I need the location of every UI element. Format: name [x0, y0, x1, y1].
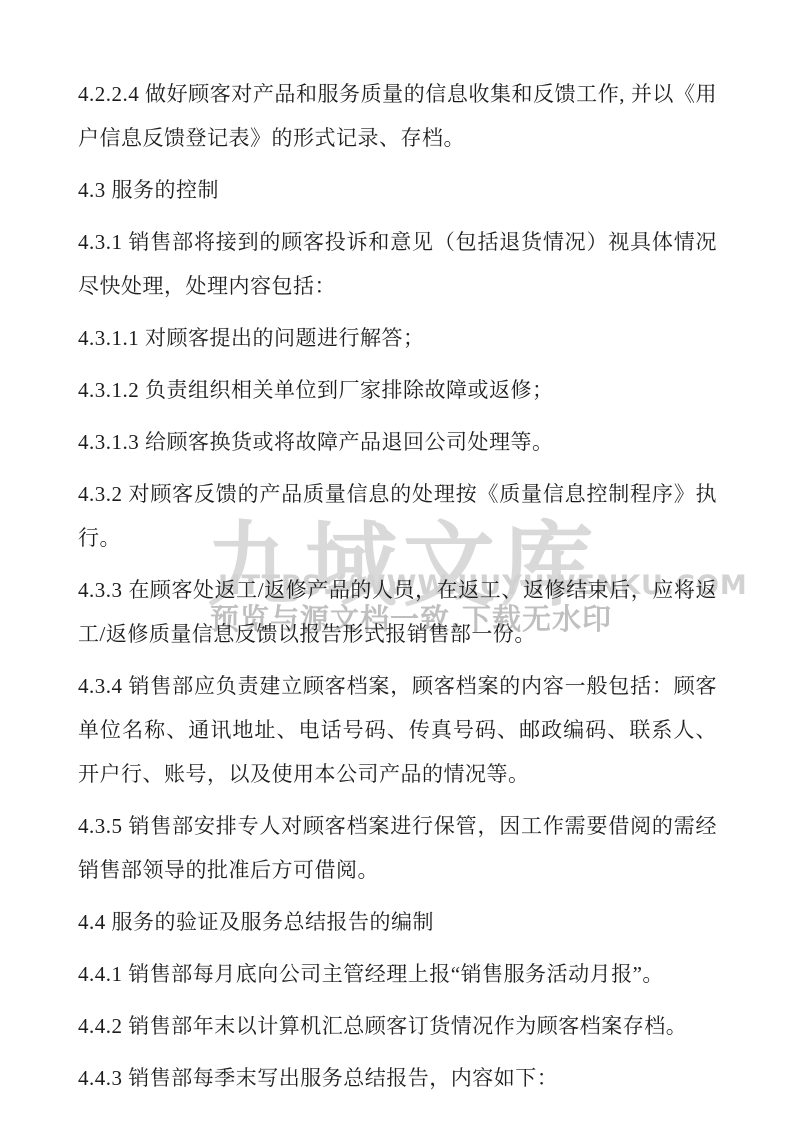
clause-4-3-1-2: 4.3.1.2 负责组织相关单位到厂家排除故障或返修；	[78, 368, 717, 412]
clause-4-3-1-1: 4.3.1.1 对顾客提出的问题进行解答；	[78, 316, 717, 360]
heading-4-3: 4.3 服务的控制	[78, 168, 717, 212]
clause-4-3-1: 4.3.1 销售部将接到的顾客投诉和意见（包括退货情况）视具体情况尽快处理，处理…	[78, 220, 717, 308]
clause-4-4-2: 4.4.2 销售部年末以计算机汇总顾客订货情况作为顾客档案存档。	[78, 1004, 717, 1048]
clause-4-3-5: 4.3.5 销售部安排专人对顾客档案进行保管，因工作需要借阅的需经销售部领导的批…	[78, 804, 717, 892]
document-body: 4.2.2.4 做好顾客对产品和服务质量的信息收集和反馈工作, 并以《用户信息反…	[0, 0, 793, 1100]
clause-4-4-3: 4.4.3 销售部每季末写出服务总结报告，内容如下：	[78, 1056, 717, 1100]
document-page: 九域文库 HTTPS://WWW.JIUYUWENKU.COM 预览与源文档一致…	[0, 0, 793, 1122]
clause-4-3-3: 4.3.3 在顾客处返工/返修产品的人员，在返工、返修结束后，应将返工/返修质量…	[78, 568, 717, 656]
clause-4-3-1-3: 4.3.1.3 给顾客换货或将故障产品退回公司处理等。	[78, 420, 717, 464]
clause-4-4-1: 4.4.1 销售部每月底向公司主管经理上报“销售服务活动月报”。	[78, 952, 717, 996]
clause-4-3-2: 4.3.2 对顾客反馈的产品质量信息的处理按《质量信息控制程序》执行。	[78, 472, 717, 560]
heading-4-4: 4.4 服务的验证及服务总结报告的编制	[78, 900, 717, 944]
clause-4-2-2-4: 4.2.2.4 做好顾客对产品和服务质量的信息收集和反馈工作, 并以《用户信息反…	[78, 72, 717, 160]
clause-4-3-4: 4.3.4 销售部应负责建立顾客档案，顾客档案的内容一般包括：顾客单位名称、通讯…	[78, 664, 717, 796]
